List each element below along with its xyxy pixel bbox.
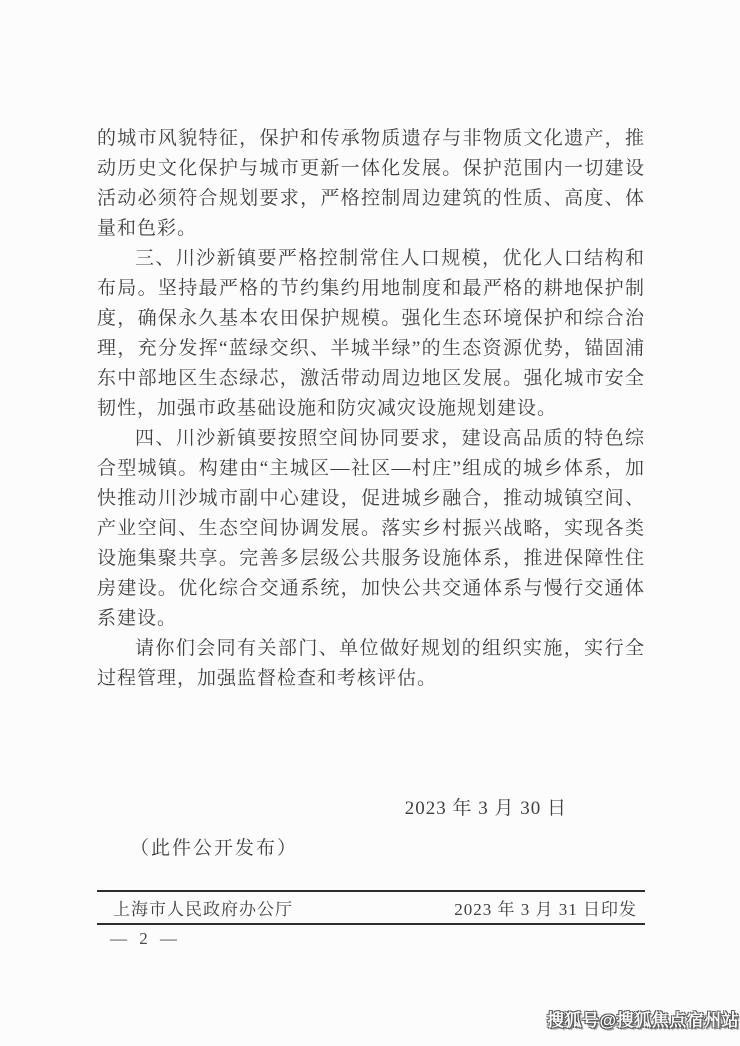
paragraph: 四、川沙新镇要按照空间协同要求，建设高品质的特色综合型城镇。构建由“主城区—社区… (97, 424, 645, 634)
footer-bar: 上海市人民政府办公厅 2023 年 3 月 31 日印发 (97, 890, 645, 925)
publish-note: （此件公开发布） (130, 833, 298, 860)
paragraph: 三、川沙新镇要严格控制常住人口规模，优化人口结构和布局。坚持最严格的节约集约用地… (97, 244, 645, 424)
paragraph: 的城市风貌特征，保护和传承物质遗存与非物质文化遗产，推动历史文化保护与城市更新一… (97, 124, 645, 244)
sohu-watermark: 搜狐号@搜狐焦点宿州站 (547, 1006, 739, 1031)
page-number: — 2 — (110, 929, 181, 949)
paragraph: 请你们会同有关部门、单位做好规划的组织实施，实行全过程管理，加强监督检查和考核评… (97, 634, 645, 694)
document-page: 的城市风貌特征，保护和传承物质遗存与非物质文化遗产，推动历史文化保护与城市更新一… (0, 0, 740, 1046)
document-date: 2023 年 3 月 30 日 (97, 793, 645, 820)
footer-issuer: 上海市人民政府办公厅 (113, 895, 293, 920)
footer-print-date: 2023 年 3 月 31 日印发 (454, 895, 637, 920)
document-body: 的城市风貌特征，保护和传承物质遗存与非物质文化遗产，推动历史文化保护与城市更新一… (97, 124, 645, 694)
